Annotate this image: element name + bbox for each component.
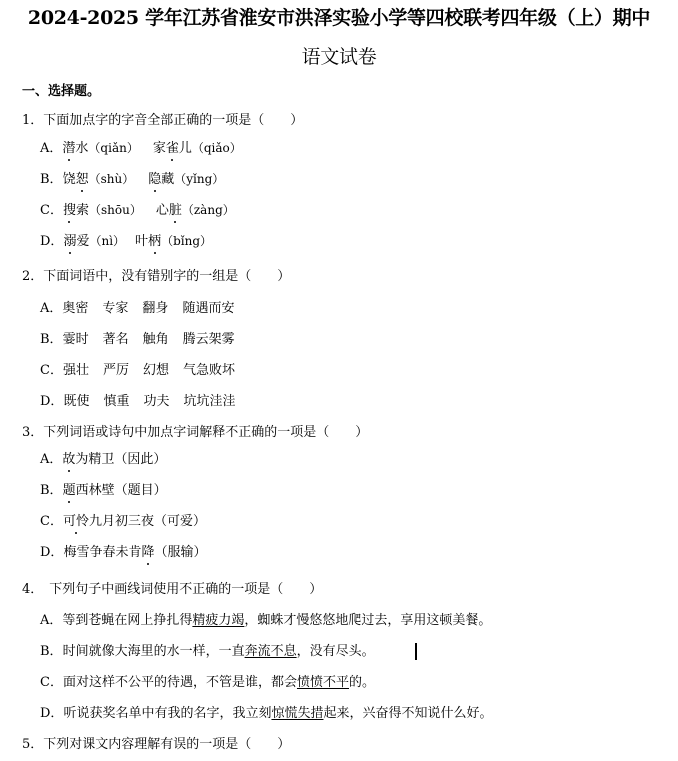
question-2-stem: 2．下面词语中，没有错别字的一组是（ ） [22, 269, 290, 285]
dotted-char: 降 [141, 545, 154, 561]
question-2-option-c: C．强壮严厉幻想气急败坏 [40, 363, 235, 379]
question-4-option-d: D．听说获奖名单中有我的名字，我立刻惊慌失措起来，兴奋得不知说什么好。 [40, 706, 492, 722]
dotted-char: 潜 [62, 141, 75, 157]
question-1-option-d: D．溺爱（nì）叶柄（bǐng） [40, 233, 212, 250]
question-4-option-b: B．时间就像大海里的水一样，一直奔流不息，没有尽头。 [40, 644, 375, 660]
question-1-stem: 1．下面加点字的字音全部正确的一项是（ ） [22, 113, 303, 129]
question-3-option-a: A．故为精卫（因此） [40, 452, 166, 468]
underlined-word: 奔流不息 [245, 644, 297, 659]
underlined-word: 愤愤不平 [297, 675, 349, 690]
question-1-option-a: A．潜水（qiǎn）家雀儿（qiǎo） [40, 140, 242, 157]
dotted-char: 题 [63, 483, 76, 499]
document-title-line2: 语文试卷 [0, 42, 678, 69]
dotted-char: 恕 [76, 172, 89, 188]
question-3-option-d: D．梅雪争春未肯降（服输） [40, 545, 206, 561]
dotted-char: 雀 [166, 141, 179, 157]
question-2-option-d: D．既使慎重功夫坑坑洼洼 [40, 394, 236, 410]
dotted-char: 搜 [63, 203, 76, 219]
document-title-line1: 2024-2025 学年江苏省淮安市洪泽实验小学等四校联考四年级（上）期中 [0, 3, 678, 30]
dotted-char: 柄 [148, 234, 161, 250]
underlined-word: 惊慌失措 [271, 706, 323, 721]
question-5-stem: 5．下列对课文内容理解有误的一项是（ ） [22, 737, 290, 753]
dotted-char: 隐 [148, 172, 161, 188]
underlined-word: 精疲力竭 [192, 613, 244, 628]
dotted-char: 溺 [63, 234, 76, 250]
question-number: 1． [22, 113, 43, 128]
dotted-char: 脏 [169, 203, 182, 219]
question-1-option-c: C．搜索（shōu）心脏（zàng） [40, 202, 235, 219]
question-1-option-b: B．饶恕（shù）隐藏（yǐng） [40, 171, 224, 188]
dotted-char: 可怜 [63, 514, 89, 530]
text-cursor [415, 643, 417, 660]
question-2-option-a: A．奥密专家翻身随遇而安 [40, 301, 234, 317]
question-4-stem: 4．下列句子中画线词使用不正确的一项是（ ） [22, 582, 322, 598]
question-3-stem: 3．下列词语或诗句中加点字词解释不正确的一项是（ ） [22, 425, 368, 441]
section-heading: 一、选择题。 [22, 80, 100, 99]
question-4-option-a: A．等到苍蝇在网上挣扎得精疲力竭，蜘蛛才慢悠悠地爬过去，享用这顿美餐。 [40, 613, 491, 629]
dotted-char: 故 [62, 452, 75, 468]
question-3-option-c: C．可怜九月初三夜（可爱） [40, 514, 206, 530]
question-4-option-c: C．面对这样不公平的待遇，不管是谁，都会愤愤不平的。 [40, 675, 375, 691]
question-3-option-b: B．题西林壁（题目） [40, 483, 167, 499]
question-2-option-b: B．霎时著名触角腾云架雾 [40, 332, 235, 348]
